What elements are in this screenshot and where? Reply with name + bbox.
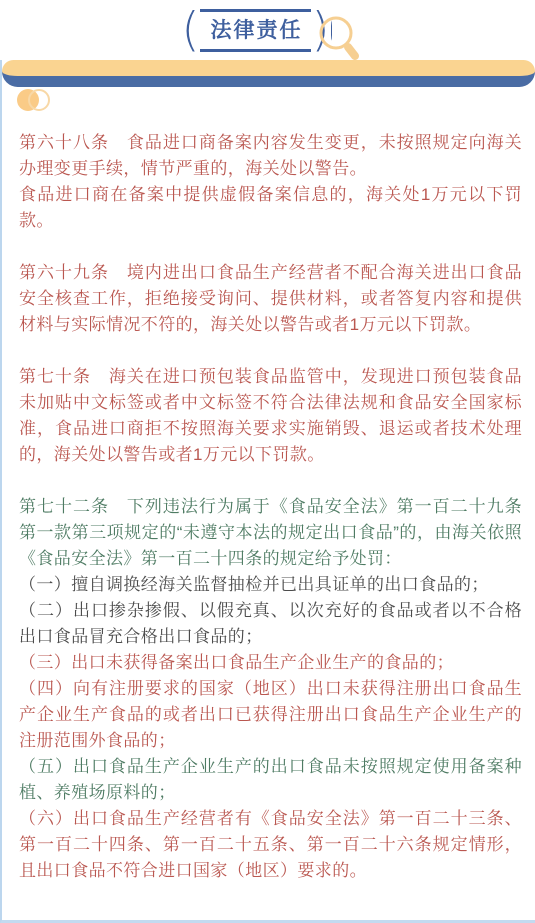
article-72-item-2: （二）出口掺杂掺假、以假充真、以次充好的食品或者以不合格出口食品冒充合格出口食品… [19, 598, 522, 650]
article-72-item-4: （四）向有注册要求的国家（地区）出口未获得注册出口食品生产企业生产食品的或者出口… [19, 676, 522, 754]
article-72-item-1: （一）擅自调换经海关监督抽检并已出具证单的出口食品的； [19, 572, 522, 598]
page-header: ( 法律责任 ) [0, 0, 535, 60]
decorative-circles [17, 89, 77, 111]
header-banner [2, 60, 535, 87]
article-69: 第六十九条 境内进出口食品生产经营者不配合海关进出口食品安全核查工作，拒绝接受询… [19, 260, 522, 338]
article-72-intro: 第七十二条 下列违法行为属于《食品安全法》第一百二十九条第一款第三项规定的“未遵… [19, 494, 522, 572]
article-72-item-6: （六）出口食品生产经营者有《食品安全法》第一百二十三条、第一百二十四条、第一百二… [19, 806, 522, 884]
article-70: 第七十条 海关在进口预包装食品监管中，发现进口预包装食品未加贴中文标签或者中文标… [19, 364, 522, 468]
content-card: 第六十八条 食品进口商备案内容发生变更，未按照规定向海关办理变更手续，情节严重的… [0, 60, 535, 923]
article-72-item-3: （三）出口未获得备案出口食品生产企业生产的食品的； [19, 650, 522, 676]
article-68-sub: 食品进口商在备案中提供虚假备案信息的，海关处1万元以下罚款。 [19, 182, 522, 234]
legal-text: 第六十八条 食品进口商备案内容发生变更，未按照规定向海关办理变更手续，情节严重的… [2, 130, 535, 884]
article-72-item-5: （五）出口食品生产企业生产的出口食品未按照规定使用备案种植、养殖场原料的； [19, 754, 522, 806]
decorative-paren-left: ( [181, 6, 201, 52]
article-68: 第六十八条 食品进口商备案内容发生变更，未按照规定向海关办理变更手续，情节严重的… [19, 130, 522, 182]
section-title-label: ( 法律责任 ) [182, 9, 332, 52]
page-title: 法律责任 [211, 18, 303, 43]
circle-outline [28, 89, 50, 111]
